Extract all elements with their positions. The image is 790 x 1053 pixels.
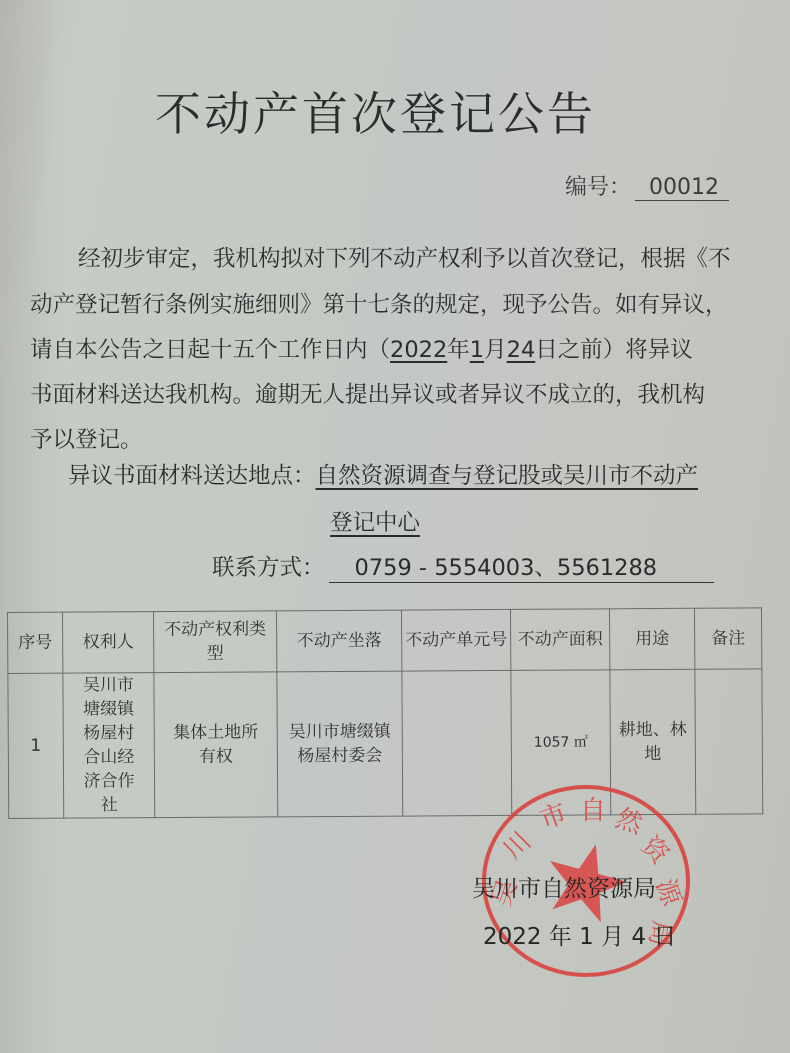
deadline-suffix: 日之前）将异议 — [535, 337, 693, 363]
cell-right-type: 集体土地所有权 — [154, 672, 278, 818]
deadline-day: 24 — [507, 337, 536, 363]
deadline-line: 请自本公告之日起十五个工作日内（2022年1月24日之前）将异议 — [30, 327, 730, 373]
address-value-cont: 登记中心 — [330, 510, 420, 536]
contact-label: 联系方式： — [212, 555, 325, 581]
cell-index: 1 — [8, 673, 64, 818]
deadline-month: 1 — [470, 337, 484, 363]
serial-number: 编号：00012 — [565, 170, 729, 201]
body-line-4: 予以登记。 — [30, 417, 730, 463]
page-shadow — [0, 0, 60, 1053]
header-owner: 权利人 — [63, 612, 154, 674]
issuer-name: 吴川市自然资源局 — [472, 870, 656, 903]
address-value-line2: 登记中心 — [330, 505, 420, 537]
svg-text:市: 市 — [536, 798, 571, 835]
issue-date: 2022 年 1 月 4 日 — [483, 918, 676, 951]
cell-owner: 吴川市塘缀镇杨屋村合山经济合作社 — [63, 673, 155, 819]
table-header-row: 序号 权利人 不动产权利类型 不动产坐落 不动产单元号 不动产面积 用途 备注 — [8, 608, 762, 674]
page-title: 不动产首次登记公告 — [155, 78, 595, 144]
contact-value: 0759 - 5554003、5561288 — [329, 550, 714, 583]
body-line-2: 动产登记暂行条例实施细则》第十七条的规定，现予公告。如有异议， — [30, 282, 730, 328]
deadline-prefix: 请自本公告之日起十五个工作日内（ — [30, 337, 390, 363]
header-remarks: 备注 — [694, 608, 761, 669]
svg-text:自: 自 — [580, 796, 606, 826]
cell-location: 吴川市塘缀镇杨屋村委会 — [277, 671, 403, 817]
header-index: 序号 — [8, 612, 63, 673]
header-right-type: 不动产权利类型 — [154, 611, 277, 673]
address-label: 异议书面材料送达地点： — [68, 463, 316, 489]
header-unit-number: 不动产单元号 — [401, 609, 510, 671]
header-location: 不动产坐落 — [276, 610, 401, 672]
header-area: 不动产面积 — [510, 609, 609, 671]
body-line-3: 书面材料送达我机构。逾期无人提出异议或者异议不成立的，我机构 — [30, 372, 730, 418]
month-unit: 月 — [484, 337, 507, 363]
serial-value: 00012 — [635, 175, 729, 201]
body-line-1: 经初步审定，我机构拟对下列不动产权利予以首次登记，根据《不 — [78, 236, 778, 282]
deadline-year: 2022 — [390, 337, 447, 363]
address-value: 自然资源调查与登记股或吴川市不动产 — [316, 463, 699, 489]
serial-label: 编号： — [565, 175, 631, 200]
objection-address: 异议书面材料送达地点：自然资源调查与登记股或吴川市不动产 — [68, 458, 698, 490]
svg-text:资: 资 — [635, 831, 675, 871]
contact-info: 联系方式：0759 - 5554003、5561288 — [212, 550, 714, 583]
svg-text:川: 川 — [498, 826, 538, 866]
cell-remarks — [695, 669, 763, 814]
header-usage: 用途 — [609, 608, 694, 670]
svg-text:然: 然 — [612, 803, 648, 840]
year-unit: 年 — [447, 337, 470, 363]
